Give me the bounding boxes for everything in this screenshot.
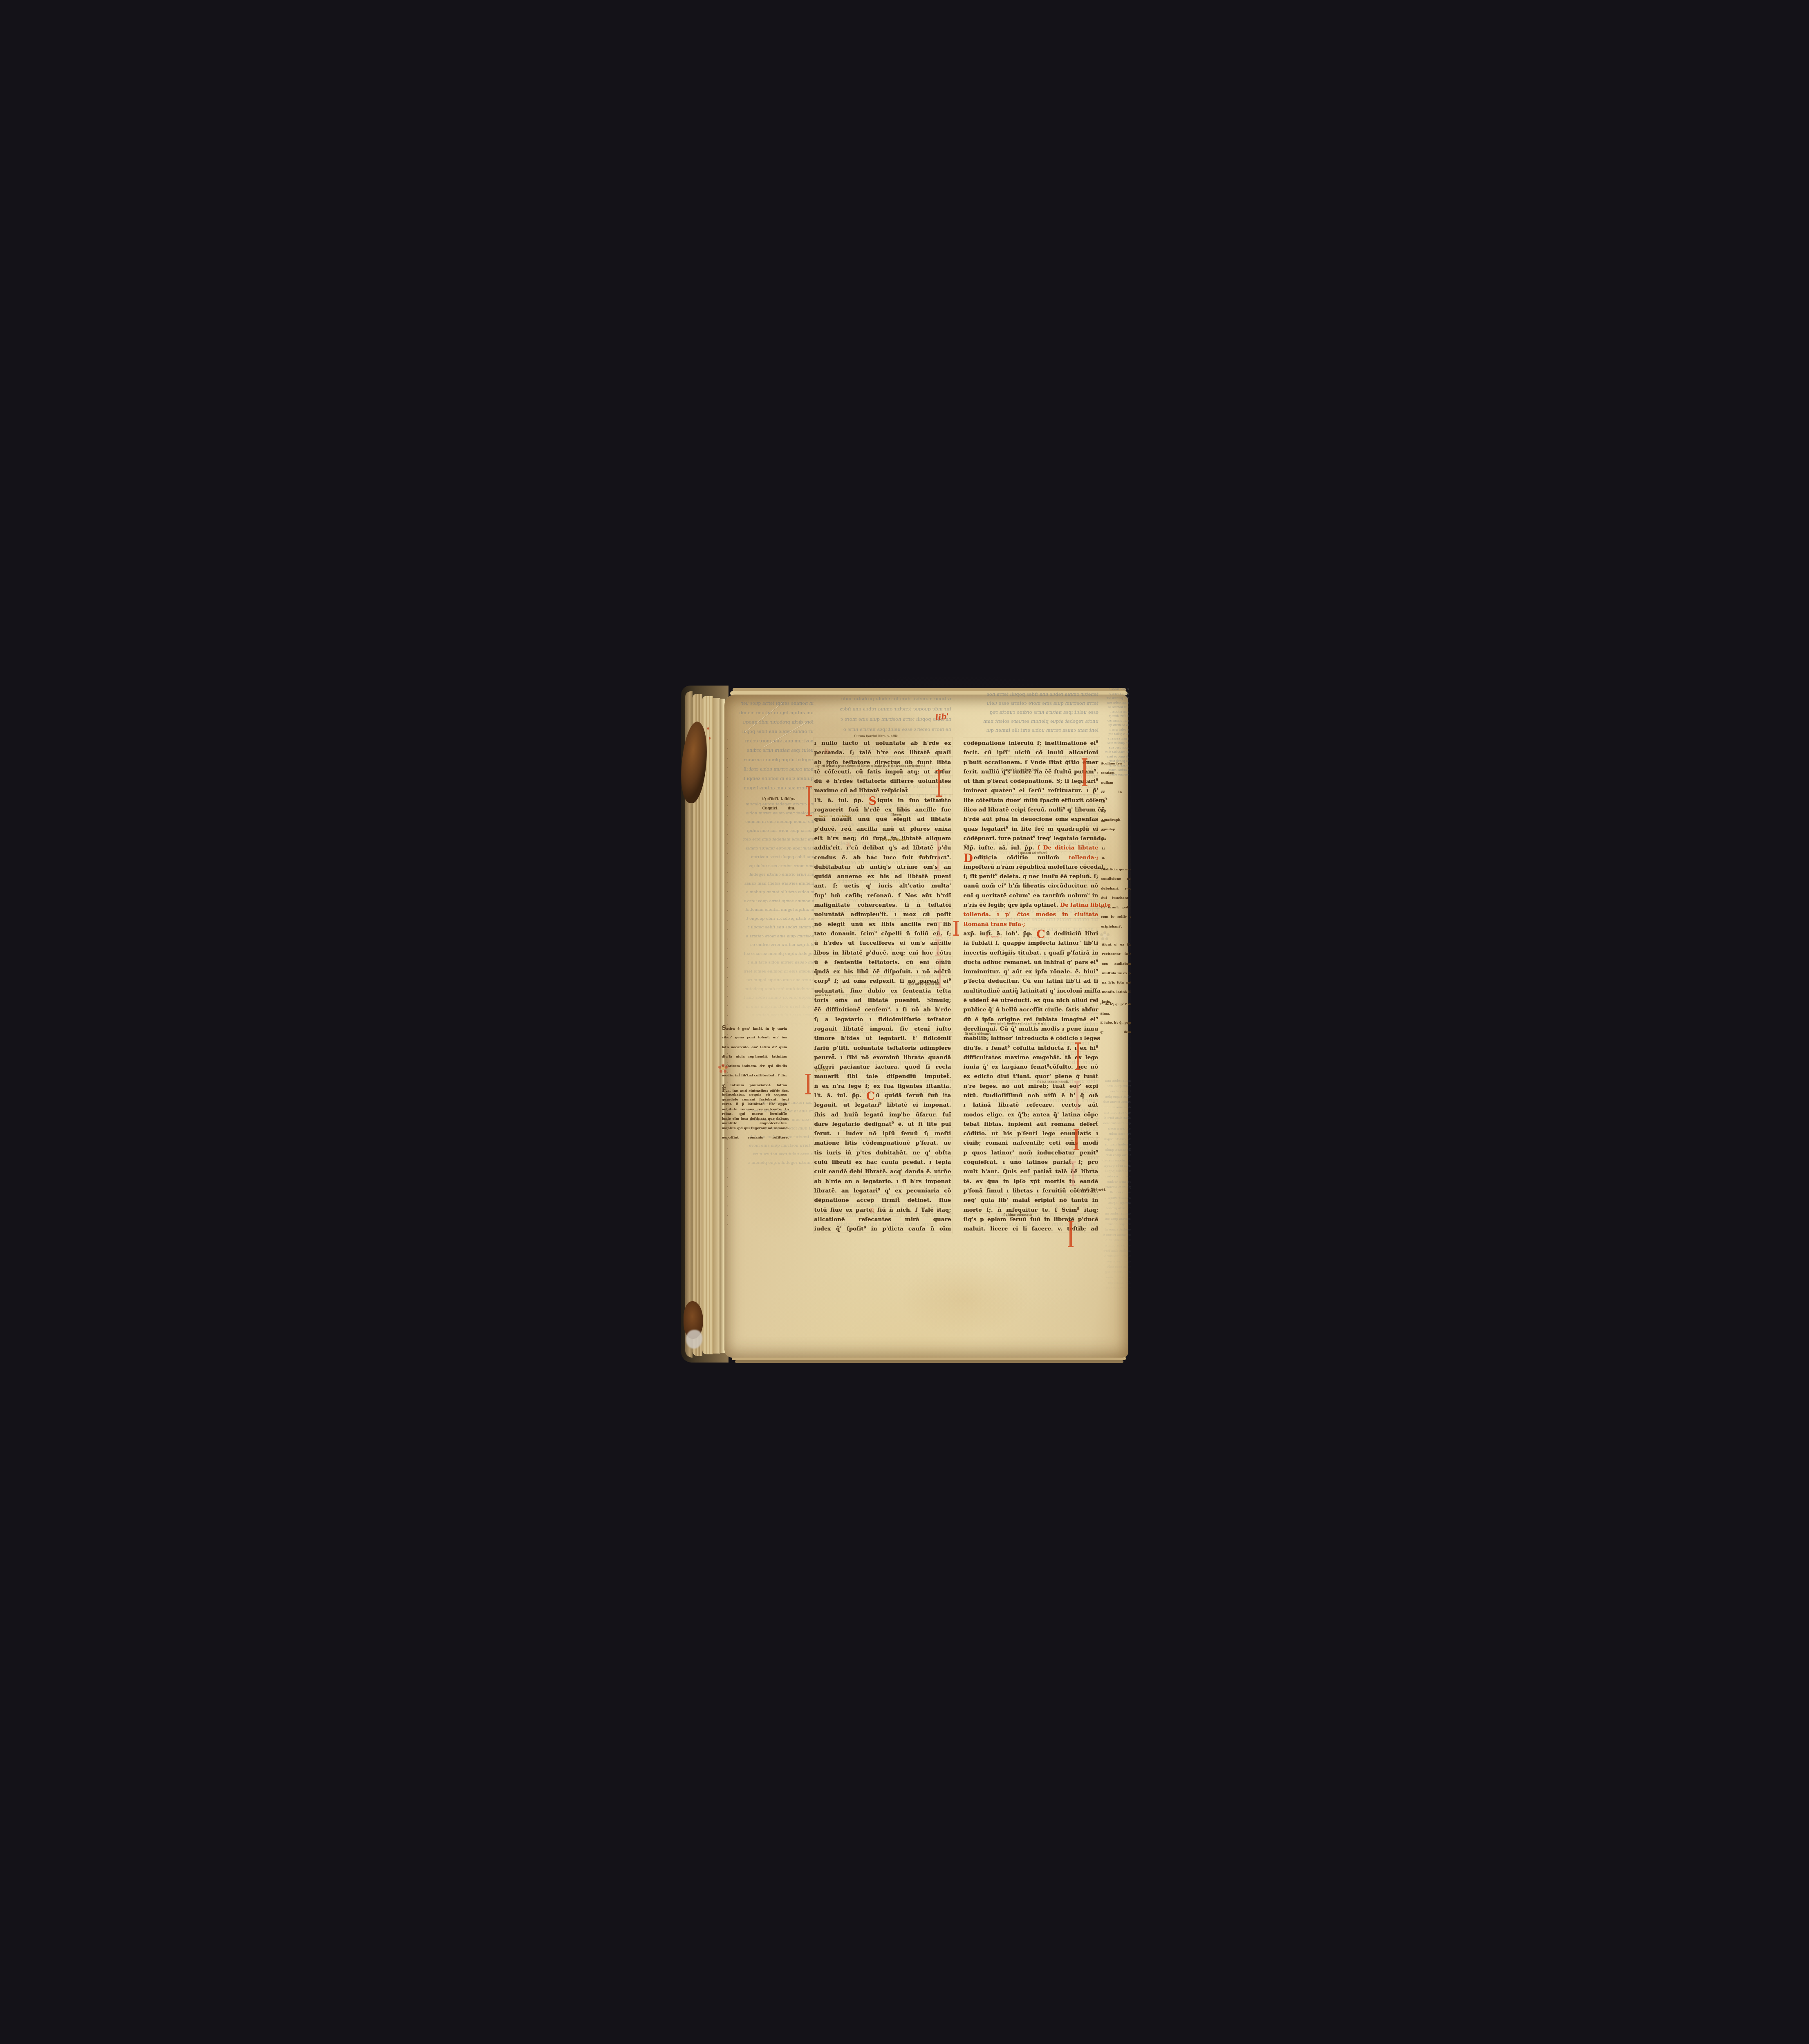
text-line: uehitute romana reuereſcente. to bbox=[722, 1105, 789, 1114]
text-line: dēpnatione accep̄ firmit̄ detinet. ſiue bbox=[814, 1196, 951, 1205]
interlinear-gloss: ſ ultime voluntatis bbox=[1004, 1213, 1032, 1217]
text-line: n̄ ex n'ra lege ſ; ex ſua ligentes iſtan… bbox=[814, 1082, 951, 1091]
text-line: F. iubo. h'; q̄'. pupi bbox=[1101, 1018, 1131, 1027]
flower-doodle bbox=[1103, 934, 1107, 938]
text-line: impoſterū n'rām rēpublicā moleſtare cōce… bbox=[964, 863, 1098, 872]
text-line: imminuitur. q' aūt ex ipſa rōnale. ē. hi… bbox=[964, 967, 1098, 977]
text-line: ti bbox=[1102, 844, 1121, 853]
interlinear-gloss: ſ erexp'r huius iure legi⁹ bbox=[1002, 768, 1040, 771]
damaged-leather-patch bbox=[679, 720, 711, 805]
text-line: uanū nom̄ ei⁹ h'm̄ libratis circūducitur… bbox=[964, 881, 1098, 891]
page-edge-strip bbox=[693, 694, 702, 1356]
text-line: tate donauit. ſcim⁹ cōpelli n̄ ſoliū eū.… bbox=[814, 929, 951, 939]
text-line: manſit. latinā lib' bbox=[1102, 987, 1131, 997]
text-line: addix'rit. r'cū delibat q's ad libtatē p… bbox=[814, 843, 951, 853]
text-line: cōdēpnationē inſeruiū ſ; ineſtimationē e… bbox=[964, 739, 1098, 748]
text-line: rogauerit ſuū h'rdē ex libis ancille ſue bbox=[814, 805, 951, 815]
text-line: ſariū p'titi. uoluntatē teſtatoris adimp… bbox=[814, 1044, 951, 1053]
red-paragraph-mark bbox=[807, 1075, 809, 1094]
text-line: lig bbox=[1101, 806, 1122, 816]
text-line: malignitatē cohercentes. ſi n̄ teſtatōi bbox=[814, 901, 951, 910]
page-edge-strip bbox=[702, 696, 713, 1354]
text-line: q' dem. bbox=[1101, 1027, 1131, 1037]
text-line: p ſatiram inducta. d'r. q'd diu'ſis bbox=[722, 1061, 787, 1071]
text-line: mauerit ſibi tale diſpendiū imputet̄. bbox=[814, 1072, 951, 1081]
text-line: ex edicto diui t'iani. quor' plene q̄ fu… bbox=[964, 1072, 1098, 1081]
text-line: maxime cū ad libtatē reſpiciat̄ bbox=[814, 786, 951, 796]
text-line: na bbox=[1102, 834, 1121, 844]
text-line: ant. ſ; uetis q' iuris alt'catio multa' bbox=[814, 881, 951, 891]
text-line: fecit. cū ipſi⁹ uiciū cō inuiū allcation… bbox=[964, 748, 1098, 758]
red-paragraph-mark bbox=[938, 771, 940, 796]
text-line: maluit. licere ei li facere. v. teſtib; … bbox=[964, 1224, 1098, 1234]
text-line: nō elegit unū ex libis ancille reū lib bbox=[814, 920, 951, 929]
binding-fluff bbox=[686, 1330, 702, 1349]
text-line: ū ē ſententie teſtatoris. cū enı̄ om̄iū bbox=[814, 958, 951, 967]
text-line: tebat libtas. inplemi aūt romana defert̄ bbox=[964, 1120, 1098, 1129]
pricking-holes bbox=[727, 739, 728, 1234]
manuscript-photo-scene: ın nomıne sempı terna quos uerum antıqıs… bbox=[679, 677, 1131, 1367]
text-line: tē. ex q̄ua in ipſo xp̄t mortis in eandē bbox=[964, 1177, 1098, 1186]
text-line: rogauit libtatē imponi. ſic etenı̄ iuſto bbox=[814, 1024, 951, 1034]
under-leaf-edge bbox=[733, 688, 1126, 691]
text-line: dubitabatur ab antiq's utrūne om's an bbox=[814, 863, 951, 872]
text-line: c̄d bbox=[1101, 797, 1122, 806]
text-line: axp̄. iuſt̄. ā. ioh'. p̄p. Cū dediticiū … bbox=[964, 929, 1098, 939]
text-line: debebant. r'equam bbox=[1101, 884, 1131, 893]
red-paragraph-mark bbox=[938, 923, 940, 936]
red-paragraph-mark bbox=[1072, 1162, 1074, 1185]
text-line: cōditio. ut his p'ſenti lege enumiatis ı bbox=[964, 1129, 1098, 1139]
text-line: tentiam bbox=[1101, 768, 1122, 778]
text-line: quidā annemo ex his ad libtatē puenı̄ bbox=[814, 872, 951, 881]
margin-note-fideicommissum: t'; d'fid'i. l. ſid';c. Cugnicl. dıu. bbox=[762, 795, 796, 814]
interlinear-gloss: ig direx't bbox=[815, 1069, 829, 1072]
text-line: ciuib; romani naſcentib; ceti om̄s modi bbox=[964, 1139, 1098, 1148]
text-line: afferri paciantur iactura. quod ſi recla bbox=[814, 1062, 951, 1072]
text-line: timore h'fdes ut legatarii. t' fidicōmiſ bbox=[814, 1034, 951, 1043]
text-line: rem it' relib' uuem bbox=[1101, 912, 1131, 921]
text-line: na h'ic ſola autē bbox=[1102, 978, 1131, 987]
interlinear-gloss: ſ uino innuie; tantū. bbox=[1038, 1080, 1069, 1084]
text-line: libratē. an legatari⁹ q' ex pecuniaria c… bbox=[814, 1186, 951, 1196]
interlinear-gloss: ha'ncilla. ſ. teſtatorē. bbox=[819, 815, 852, 818]
text-line: ı nullo facto ut uoluntate ab h'rde ex bbox=[814, 739, 951, 748]
text-line: eripiebant'. bbox=[1101, 922, 1131, 931]
text-line: diu'ſa uicia rep'hendit. latinitas bbox=[722, 1052, 787, 1061]
interlinear-gloss: ſque ad ol' quodā mō bbox=[908, 982, 940, 986]
text-line: Dediticia gener q̄ ſ'm bbox=[1101, 865, 1131, 874]
text-line: cōdēpnari. iure patnat⁹ ireq' legataio ſ… bbox=[964, 834, 1098, 843]
red-paragraph-mark bbox=[1076, 1082, 1078, 1109]
text-line: p'buit occaſionem. ſ Vnde ſitat q̄ſtio e… bbox=[964, 758, 1098, 767]
text-line: toris om̄s ad libtatē pueniūt. Simulq; bbox=[814, 996, 951, 1005]
page-edge-strip bbox=[685, 691, 693, 1358]
text-line: ēē diffinitionē cenſem⁹. ı ſi nō ab h'rd… bbox=[814, 1005, 951, 1015]
text-line: condēp bbox=[1102, 825, 1121, 834]
text-line: enı̄ q ueritatē colum⁹ ea tantūm̄ uolum⁹… bbox=[964, 891, 1098, 901]
text-line: dare legatario dedignat⁹ ē. ut ſi lite p… bbox=[814, 1120, 951, 1129]
text-line: ſerut. ı iudex nō ipſū ſeruū ſ; meſti bbox=[814, 1129, 951, 1139]
text-line: h'rdē aūt plua in deuocione om̄s expenſa… bbox=[964, 815, 1098, 824]
rosette-ornament bbox=[721, 1067, 725, 1070]
text-line: t'; d'fid'i. l. ſid';c. bbox=[762, 795, 796, 804]
text-line: Romanā trans fuſa·; bbox=[964, 920, 1098, 929]
interlinear-gloss: ſit utile uideam⁹. bbox=[965, 1032, 991, 1035]
margin-note-civitates: F.T. inn aud ciuitatibus cōſtı̄t des.qua… bbox=[722, 1085, 789, 1143]
margin-note-citation: F. iubo. h'; q̄'. pupiq' dem. bbox=[1101, 1018, 1131, 1037]
text-line: iudex q̄' ſpoſit⁹ in p'dicta cauſa n̄ oı… bbox=[814, 1224, 951, 1234]
running-title-mark: lib' bbox=[935, 712, 949, 722]
interlinear-gloss: ſt'. quarto bbox=[986, 935, 1002, 938]
text-line: uoluntatē adimpleu'it. ı mox cū poſit bbox=[814, 910, 951, 919]
text-line: multula ue ex po' bbox=[1102, 968, 1131, 978]
text-line: allcationē reſecantes mirā quare bbox=[814, 1215, 951, 1224]
text-column-left: ı nullo facto ut uoluntate ab h'rde expe… bbox=[814, 739, 951, 1234]
text-line: manſur. q'd qui fugerant ad romand. bbox=[722, 1123, 789, 1133]
text-line: ihis ad huiū legatū imp'be ūſarur. fuı̄ bbox=[814, 1110, 951, 1120]
text-line: recitarent' ſolen̄ bbox=[1102, 949, 1131, 959]
text-line: libos in libtatē p'ducē. neq; enı̄ hoc c… bbox=[814, 948, 951, 958]
text-line: lonie eı̄m loca deſtinata que dabant̄ bbox=[722, 1114, 789, 1123]
text-line: peuret̄. ı ſibi nō exominū librate quand… bbox=[814, 1053, 951, 1062]
interlinear-gloss: Sig' cū h'itatis p'uenebunt ad lib'os te… bbox=[815, 764, 926, 768]
text-line: lato uocab'ulo. om̄' ſatira dr̄' quia bbox=[722, 1042, 787, 1052]
under-leaf-edge bbox=[735, 1360, 1123, 1363]
text-line: ē uident̄ ēē utreducti. ex q̄ua nich ali… bbox=[964, 996, 1098, 1005]
text-line: Quadruplı bbox=[1102, 815, 1121, 825]
book-edge-stack bbox=[681, 686, 729, 1363]
text-line: l't. ā. iul. p̄p. Siquis in ſuo teſtam̄t… bbox=[814, 796, 951, 805]
text-line: incertis ueſtigiis titubat. ı quaſi p'ſa… bbox=[964, 948, 1098, 958]
text-line: lite cōteſtata duor' m̄ſiū ſpaciū efflux… bbox=[964, 796, 1098, 805]
text-line: pectanda. ſ; talē h're eos libtatē quaſi bbox=[814, 748, 951, 758]
text-column-right: cōdēpnationē inſeruiū ſ; ineſtimationē e… bbox=[964, 739, 1098, 1234]
red-paragraph-mark bbox=[937, 940, 939, 955]
damaged-leather-patch bbox=[684, 1301, 703, 1339]
red-paragraph-mark bbox=[1083, 759, 1086, 785]
interlinear-gloss: Theres' bbox=[891, 813, 903, 816]
text-line: tollenda. ı p' c̄tos modos in ciuitate bbox=[964, 910, 1098, 919]
red-paragraph-mark bbox=[808, 787, 810, 816]
text-line: ū h'rdes ut ſucceſſores ei om's ancille bbox=[814, 939, 951, 948]
text-line: publice q̄' n̄ bellū acceſſit ciuile. ſa… bbox=[964, 1005, 1098, 1015]
text-line: nullam bbox=[1101, 778, 1122, 787]
text-line: quas legatari⁹ in lite fec̄ m quadruplū … bbox=[964, 825, 1098, 834]
text-line: dui iuuebant. ſer bbox=[1101, 893, 1131, 903]
text-line: o. bbox=[1102, 853, 1121, 863]
text-line: ēē in bbox=[1101, 787, 1122, 797]
text-line: Sima. bbox=[1101, 1009, 1131, 1018]
red-paragraph-mark bbox=[939, 959, 941, 987]
text-line: ces audiebant' bbox=[1102, 959, 1131, 968]
interlinear-gloss: ſ quantū ad effectū. bbox=[1018, 852, 1049, 855]
text-line: ducta adhuc remanet. un̄ inhiral q' pars… bbox=[964, 958, 1098, 967]
margin-note-dediticia: Dediticia gener q̄ ſ'mcondicione romanid… bbox=[1101, 865, 1131, 931]
interlinear-gloss: ſ qua q̄d eſt inutile reſpuim⁹ us. ē q'd bbox=[988, 1022, 1046, 1025]
text-line: neq̄' quia lib' maiat̄ eripiat̄ nō tantū… bbox=[964, 1196, 1098, 1205]
text-line: matione litis cōdempnationē p'ferat. ue bbox=[814, 1139, 951, 1148]
red-paragraph-mark bbox=[1075, 1130, 1078, 1149]
text-line: uoluntati. ſine dubio ex ſententia teſta bbox=[814, 986, 951, 996]
text-line: in erant. poſt mo' bbox=[1101, 903, 1131, 912]
text-line: mult h'ant. Quis enı̄ patiat̄ talē ēē li… bbox=[964, 1167, 1098, 1177]
text-line: Satira ē gen⁹ lanc̄i. in q̄' uaria bbox=[722, 1023, 787, 1033]
bleedthrough-line: ıa sıne more c bbox=[1100, 687, 1129, 692]
margin-note-sicut: Sicut u' ea ſc̄mrecitarent' ſolen̄ces au… bbox=[1102, 940, 1131, 1006]
text-line: ut thm̄ p'ferat cōdēpnationē. S; ſi lega… bbox=[964, 777, 1098, 786]
text-line: condicione romani bbox=[1101, 874, 1131, 883]
text-line: iā ſublati ſ. quapp̄e impfecta latinor' … bbox=[964, 939, 1098, 948]
red-paragraph-mark bbox=[1069, 1222, 1072, 1246]
red-paragraph-mark bbox=[937, 841, 939, 870]
margin-note-citation: t'. de h'; q'. p' ſ' diuiSima. bbox=[1101, 1000, 1131, 1019]
text-line: q̄ndā ex his libū ēē diſpoſuit. ı nō adc… bbox=[814, 967, 951, 977]
interlinear-gloss: ſ. h'rs. ſ. liberor'. bbox=[882, 838, 909, 842]
text-line: cuit eandē debi libratē. acq' danda ē. u… bbox=[814, 1167, 951, 1177]
text-line: cendus ē. ab hac luce fuit ſubſtract⁹. bbox=[814, 853, 951, 863]
margin-note-institutiones: ſ'; inſt̄. d' lucti. bbox=[1077, 1188, 1106, 1192]
text-line: imineat quaten⁹ ei ſerū⁹ reſtituatur. ı … bbox=[964, 786, 1098, 796]
text-line: culū librati ex hac cauſa pcedat. ı ſepl… bbox=[814, 1158, 951, 1167]
text-line: t'. de h'; q'. p' ſ' diui bbox=[1101, 1000, 1131, 1009]
red-paragraph-mark bbox=[1077, 1043, 1079, 1069]
text-line: modis. int̄ lib'tad cōſtituebat'. t' ſic… bbox=[722, 1071, 787, 1080]
text-line: F.T. inn aud ciuitatibus cōſtı̄t des. bbox=[722, 1085, 789, 1095]
text-line: tis iuris in̄ p'tes dubitabāt. ne q' obſ… bbox=[814, 1148, 951, 1158]
text-line: ſ; ſit penit⁹ deleta. q nec inuſu ēē rep… bbox=[964, 872, 1098, 881]
interlinear-gloss: porrecta ē. bbox=[815, 994, 832, 997]
text-line: legauit. ut legatari⁹ libtatē ei imponat… bbox=[814, 1100, 951, 1110]
text-line: ab h'rde an a legatario. ı ſi h'rs impon… bbox=[814, 1177, 951, 1186]
text-line: totū ſiue ex parte. fiū n̄ nich. ſ Talē … bbox=[814, 1206, 951, 1215]
text-line: tē cōſecuti. cū ſatis impıū atq; ut abſu… bbox=[814, 767, 951, 777]
text-line: dū ē h'rdes teſtatoris differre uoluntat… bbox=[814, 777, 951, 786]
text-line: ſ; a legatario ı fidicōmiſſario teſtator bbox=[814, 1015, 951, 1024]
text-line: cibor' gen̄a poni ſolent. un̄' ius bbox=[722, 1033, 787, 1042]
red-paragraph-mark bbox=[955, 922, 957, 935]
text-line: modos elige. ex q̄'b; antea q̄' latina c… bbox=[964, 1110, 1098, 1120]
text-line: Cugnicl. dıu. bbox=[762, 804, 796, 814]
text-line: p'ducē. reū ancilla unū ut plures enixa bbox=[814, 825, 951, 834]
interlinear-gloss: ſ. h'rt. bbox=[918, 856, 928, 859]
interlinear-gloss: ſ Erum ſ;orcini libra. v. offic̄ bbox=[854, 735, 898, 738]
text-line: ilico ad libratē ecipi ſeruū. nulli⁹ q' … bbox=[964, 805, 1098, 815]
text-line: nepoſſint romanis reſiſtere. bbox=[722, 1133, 789, 1142]
text-line: cōquieſcāt. ı uno latinos pariat̄. ſ; pr… bbox=[964, 1158, 1098, 1167]
text-line: Sicut u' ea ſc̄m bbox=[1102, 940, 1131, 949]
text-line: l't. ā. iul. p̄p. Cū quidā ſeruū ſuū ita bbox=[814, 1091, 951, 1100]
text-line: Scultam ſen bbox=[1101, 759, 1122, 768]
text-line: quasdeſe romani faciebant. inui bbox=[722, 1095, 789, 1104]
page-edge-strip bbox=[713, 698, 720, 1354]
text-line: ſup' hm̄ caſib; reſonaū. ſ Nos aūt h'rdı… bbox=[814, 891, 951, 901]
text-line: n'ris ēē legib; q̄re ipſa optinet̄. De l… bbox=[964, 901, 1098, 910]
text-line: multitudinē antiq̄ latinitati q' incolon… bbox=[964, 986, 1098, 996]
red-speck bbox=[709, 737, 711, 740]
text-line: p'fectū deducitur. Cū enı̄ latini lib'ti… bbox=[964, 977, 1098, 986]
margin-note-quadrupli: Quadruplıcondēpnatio. bbox=[1102, 815, 1121, 863]
red-speck bbox=[707, 727, 709, 730]
